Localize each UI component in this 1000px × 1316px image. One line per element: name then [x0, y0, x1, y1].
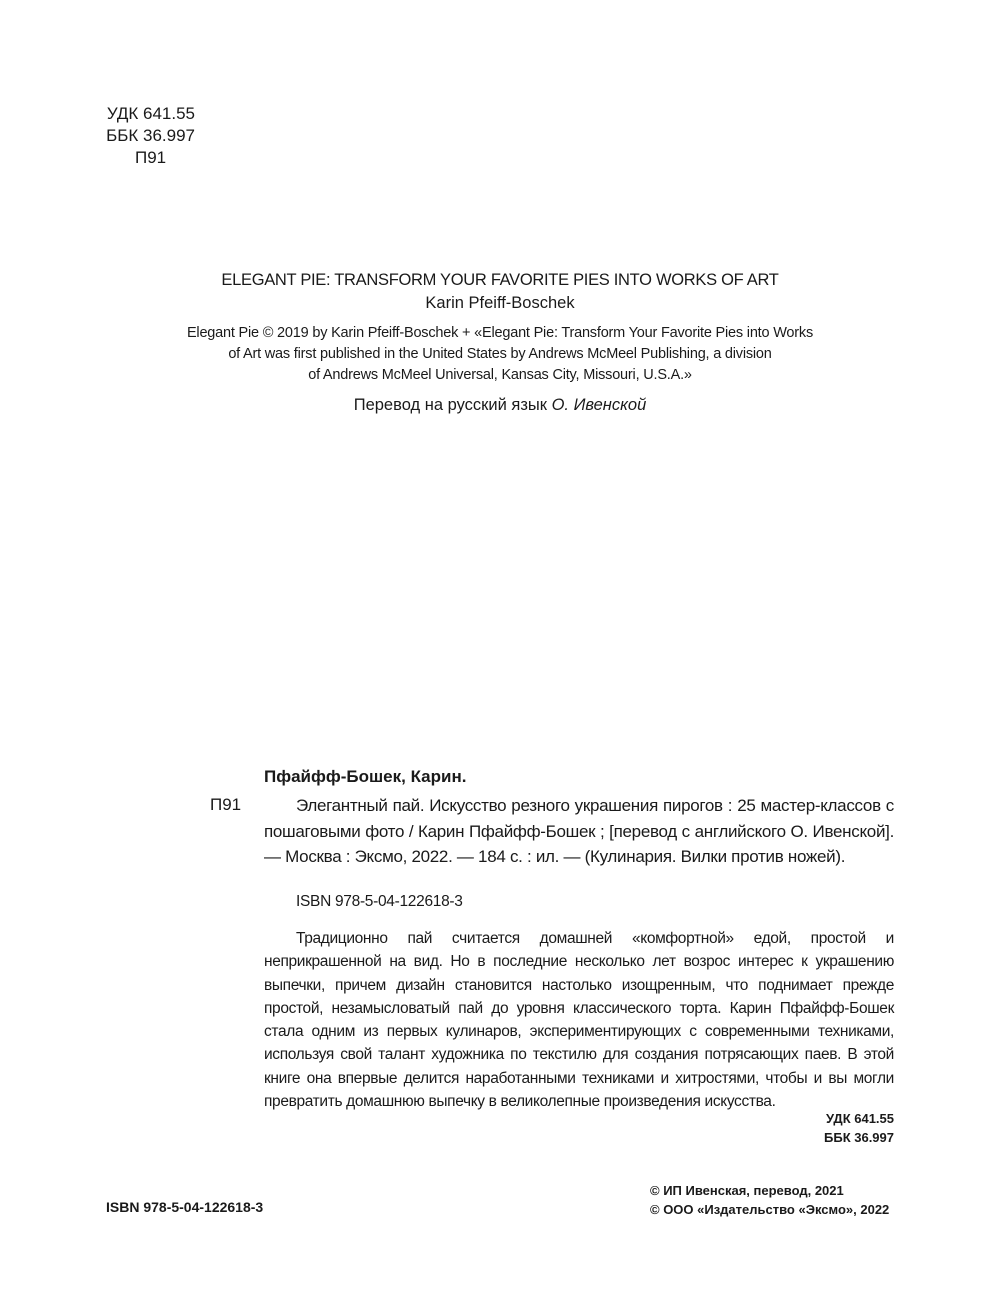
- copyright-line: Elegant Pie © 2019 by Karin Pfeiff-Bosch…: [160, 323, 840, 344]
- copyright-translation: © ИП Ивенская, перевод, 2021: [650, 1181, 889, 1200]
- classification-block-bottom: УДК 641.55 ББК 36.997: [824, 1109, 894, 1147]
- bibliographic-author-mark: П91: [210, 793, 241, 817]
- bibliographic-description: Элегантный пай. Искусство резного украше…: [264, 793, 894, 870]
- copyright-publisher: © ООО «Издательство «Эксмо», 2022: [650, 1200, 889, 1219]
- copyright-line: of Andrews McMeel Universal, Kansas City…: [160, 365, 840, 386]
- translator-name: О. Ивенской: [552, 396, 647, 414]
- translation-credit: Перевод на русский язык О. Ивенской: [0, 394, 1000, 416]
- translation-label: Перевод на русский язык: [354, 396, 547, 414]
- footer-copyrights: © ИП Ивенская, перевод, 2021 © ООО «Изда…: [650, 1181, 889, 1219]
- udk-code: УДК 641.55: [824, 1109, 894, 1128]
- bbk-code: ББК 36.997: [824, 1128, 894, 1147]
- copyright-line: of Art was first published in the United…: [160, 344, 840, 365]
- classification-block-top: УДК 641.55 ББК 36.997 П91: [105, 103, 195, 169]
- original-author: Karin Pfeiff-Boschek: [0, 292, 1000, 314]
- footer-isbn: ISBN 978-5-04-122618-3: [106, 1198, 263, 1217]
- bibliographic-author-heading: Пфайфф-Бошек, Карин.: [264, 765, 466, 789]
- original-title: ELEGANT PIE: TRANSFORM YOUR FAVORITE PIE…: [0, 269, 1000, 291]
- bbk-code: ББК 36.997: [105, 125, 195, 147]
- udk-code: УДК 641.55: [105, 103, 195, 125]
- author-mark: П91: [105, 147, 195, 169]
- bibliographic-isbn: ISBN 978-5-04-122618-3: [296, 891, 463, 913]
- original-copyright: Elegant Pie © 2019 by Karin Pfeiff-Bosch…: [160, 323, 840, 386]
- annotation-text: Традиционно пай считается домашней «комф…: [264, 927, 894, 1113]
